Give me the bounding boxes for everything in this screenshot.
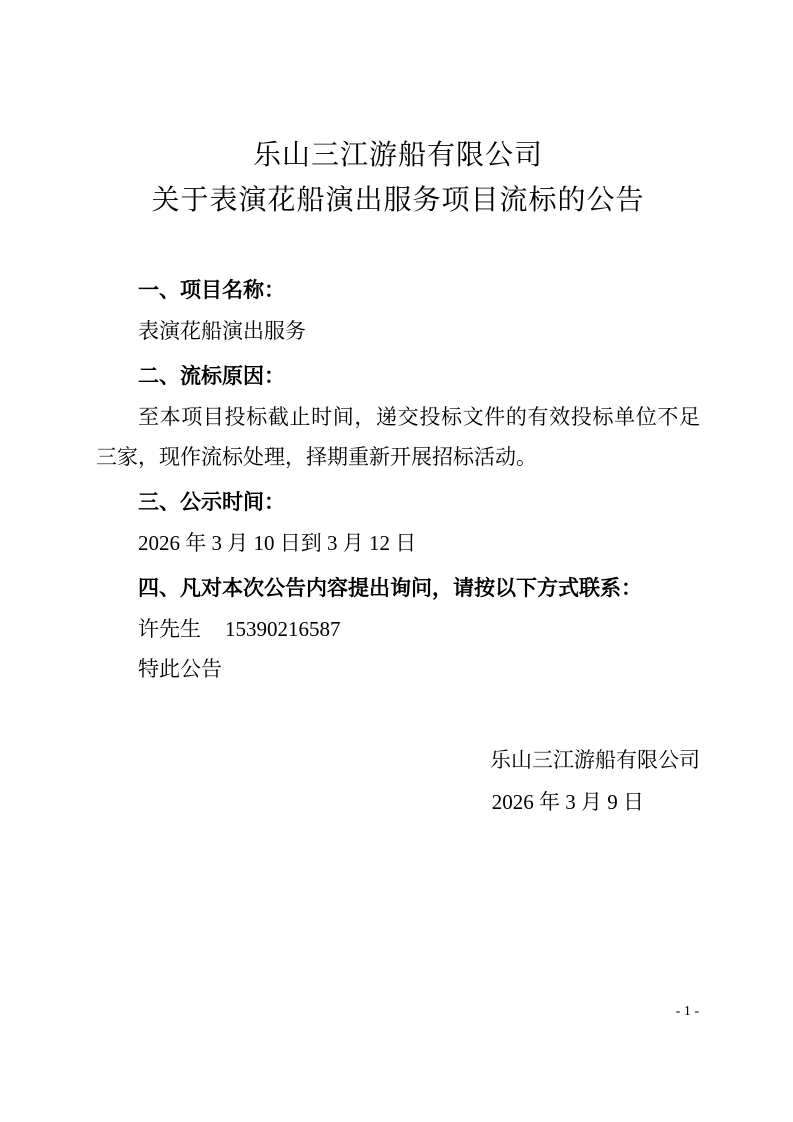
section-4-heading: 四、凡对本次公告内容提出询问，请按以下方式联系：	[96, 569, 700, 609]
signature-block: 乐山三江游船有限公司 2026 年 3 月 9 日	[96, 739, 700, 823]
section-2-body: 至本项目投标截止时间，递交投标文件的有效投标单位不足三家，现作流标处理，择期重新…	[96, 397, 700, 477]
signature-company: 乐山三江游船有限公司	[96, 739, 700, 781]
closing-line: 特此公告	[96, 649, 700, 689]
contact-phone: 15390216587	[225, 617, 341, 641]
section-1-heading: 一、项目名称：	[96, 271, 700, 311]
section-1-body: 表演花船演出服务	[96, 311, 700, 351]
contact-line: 许先生15390216587	[96, 609, 700, 649]
section-3-heading: 三、公示时间：	[96, 483, 700, 523]
section-3-body: 2026 年 3 月 10 日到 3 月 12 日	[96, 523, 700, 563]
contact-name: 许先生	[138, 617, 201, 641]
document-title-line1: 乐山三江游船有限公司	[96, 133, 700, 178]
signature-date: 2026 年 3 月 9 日	[96, 781, 700, 823]
document-title-line2: 关于表演花船演出服务项目流标的公告	[96, 178, 700, 223]
page-number: - 1 -	[676, 1003, 699, 1021]
document-page: 乐山三江游船有限公司 关于表演花船演出服务项目流标的公告 一、项目名称： 表演花…	[0, 0, 793, 1122]
section-2-heading: 二、流标原因：	[96, 357, 700, 397]
document-content: 乐山三江游船有限公司 关于表演花船演出服务项目流标的公告 一、项目名称： 表演花…	[96, 0, 700, 823]
